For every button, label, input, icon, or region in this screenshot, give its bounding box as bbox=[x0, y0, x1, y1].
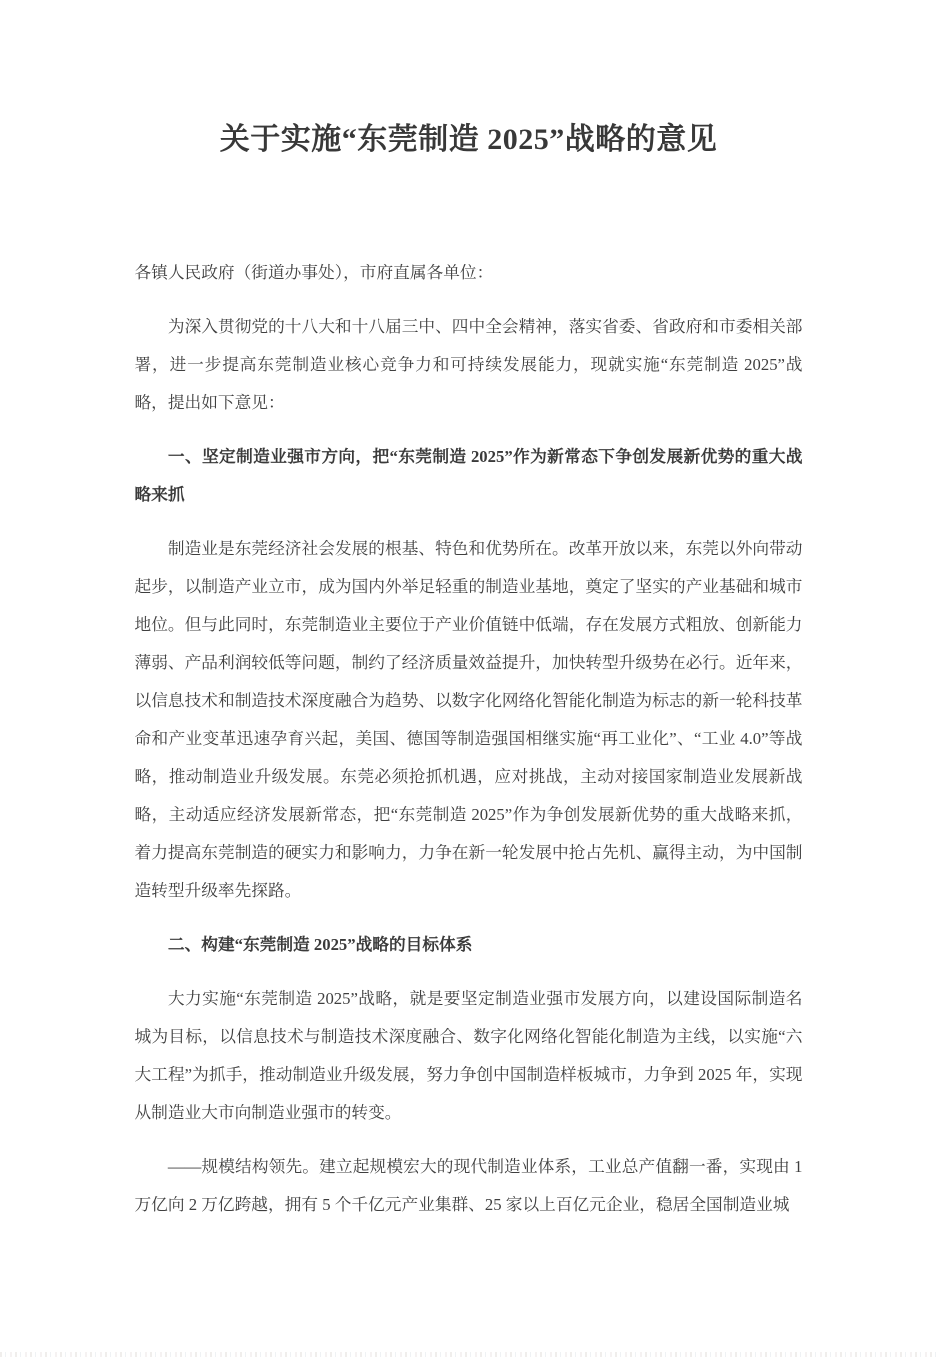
section-heading-2: 二、构建“东莞制造 2025”战略的目标体系 bbox=[135, 926, 803, 964]
document-page: 关于实施“东莞制造 2025”战略的意见 各镇人民政府（街道办事处），市府直属各… bbox=[135, 0, 803, 1224]
paragraph-preamble: 为深入贯彻党的十八大和十八届三中、四中全会精神，落实省委、省政府和市委相关部署，… bbox=[135, 308, 803, 422]
paragraph-goal-scale-structure: ——规模结构领先。建立起规模宏大的现代制造业体系，工业总产值翻一番，实现由 1 … bbox=[135, 1148, 803, 1224]
document-title: 关于实施“东莞制造 2025”战略的意见 bbox=[135, 118, 803, 162]
paragraph-section-1: 制造业是东莞经济社会发展的根基、特色和优势所在。改革开放以来，东莞以外向带动起步… bbox=[135, 530, 803, 910]
paragraph-section-2-intro: 大力实施“东莞制造 2025”战略，就是要坚定制造业强市发展方向，以建设国际制造… bbox=[135, 980, 803, 1132]
section-heading-1: 一、坚定制造业强市方向，把“东莞制造 2025”作为新常态下争创发展新优势的重大… bbox=[135, 438, 803, 514]
page-bottom-cutoff-artifact bbox=[0, 1352, 937, 1357]
salutation-line: 各镇人民政府（街道办事处），市府直属各单位： bbox=[135, 254, 803, 292]
